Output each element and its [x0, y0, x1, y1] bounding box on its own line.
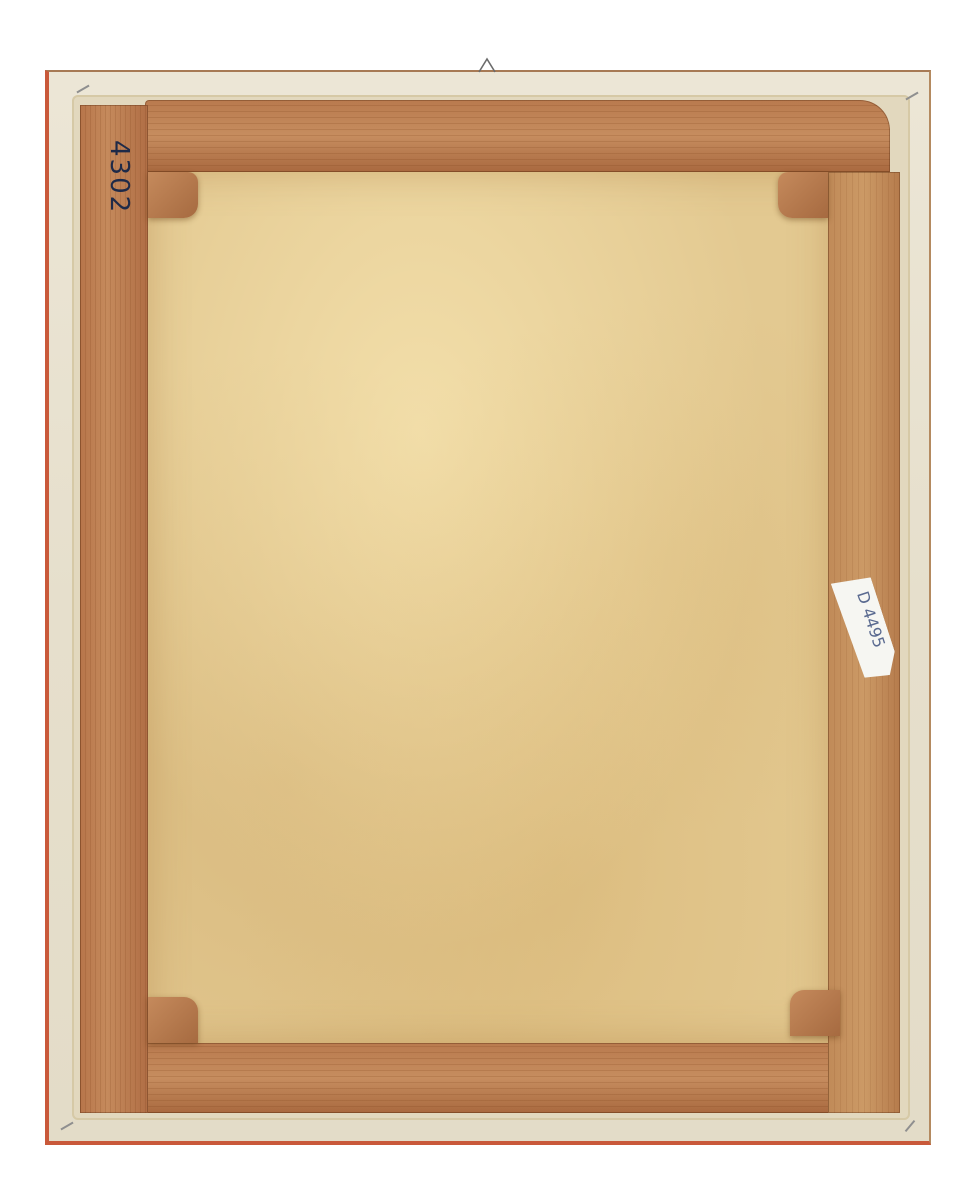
stretcher-bar-bottom — [80, 1043, 832, 1113]
inventory-number: 4302 — [104, 140, 134, 214]
stretcher-bar-top — [145, 100, 890, 172]
stretcher-bar-left — [80, 105, 148, 1113]
board-panel — [148, 172, 830, 1044]
hanger-icon — [477, 57, 497, 73]
corner-key-top-right — [778, 172, 828, 218]
corner-key-top-left — [148, 172, 198, 218]
corner-key-bottom-left — [148, 997, 198, 1043]
corner-key-bottom-right — [790, 990, 840, 1036]
